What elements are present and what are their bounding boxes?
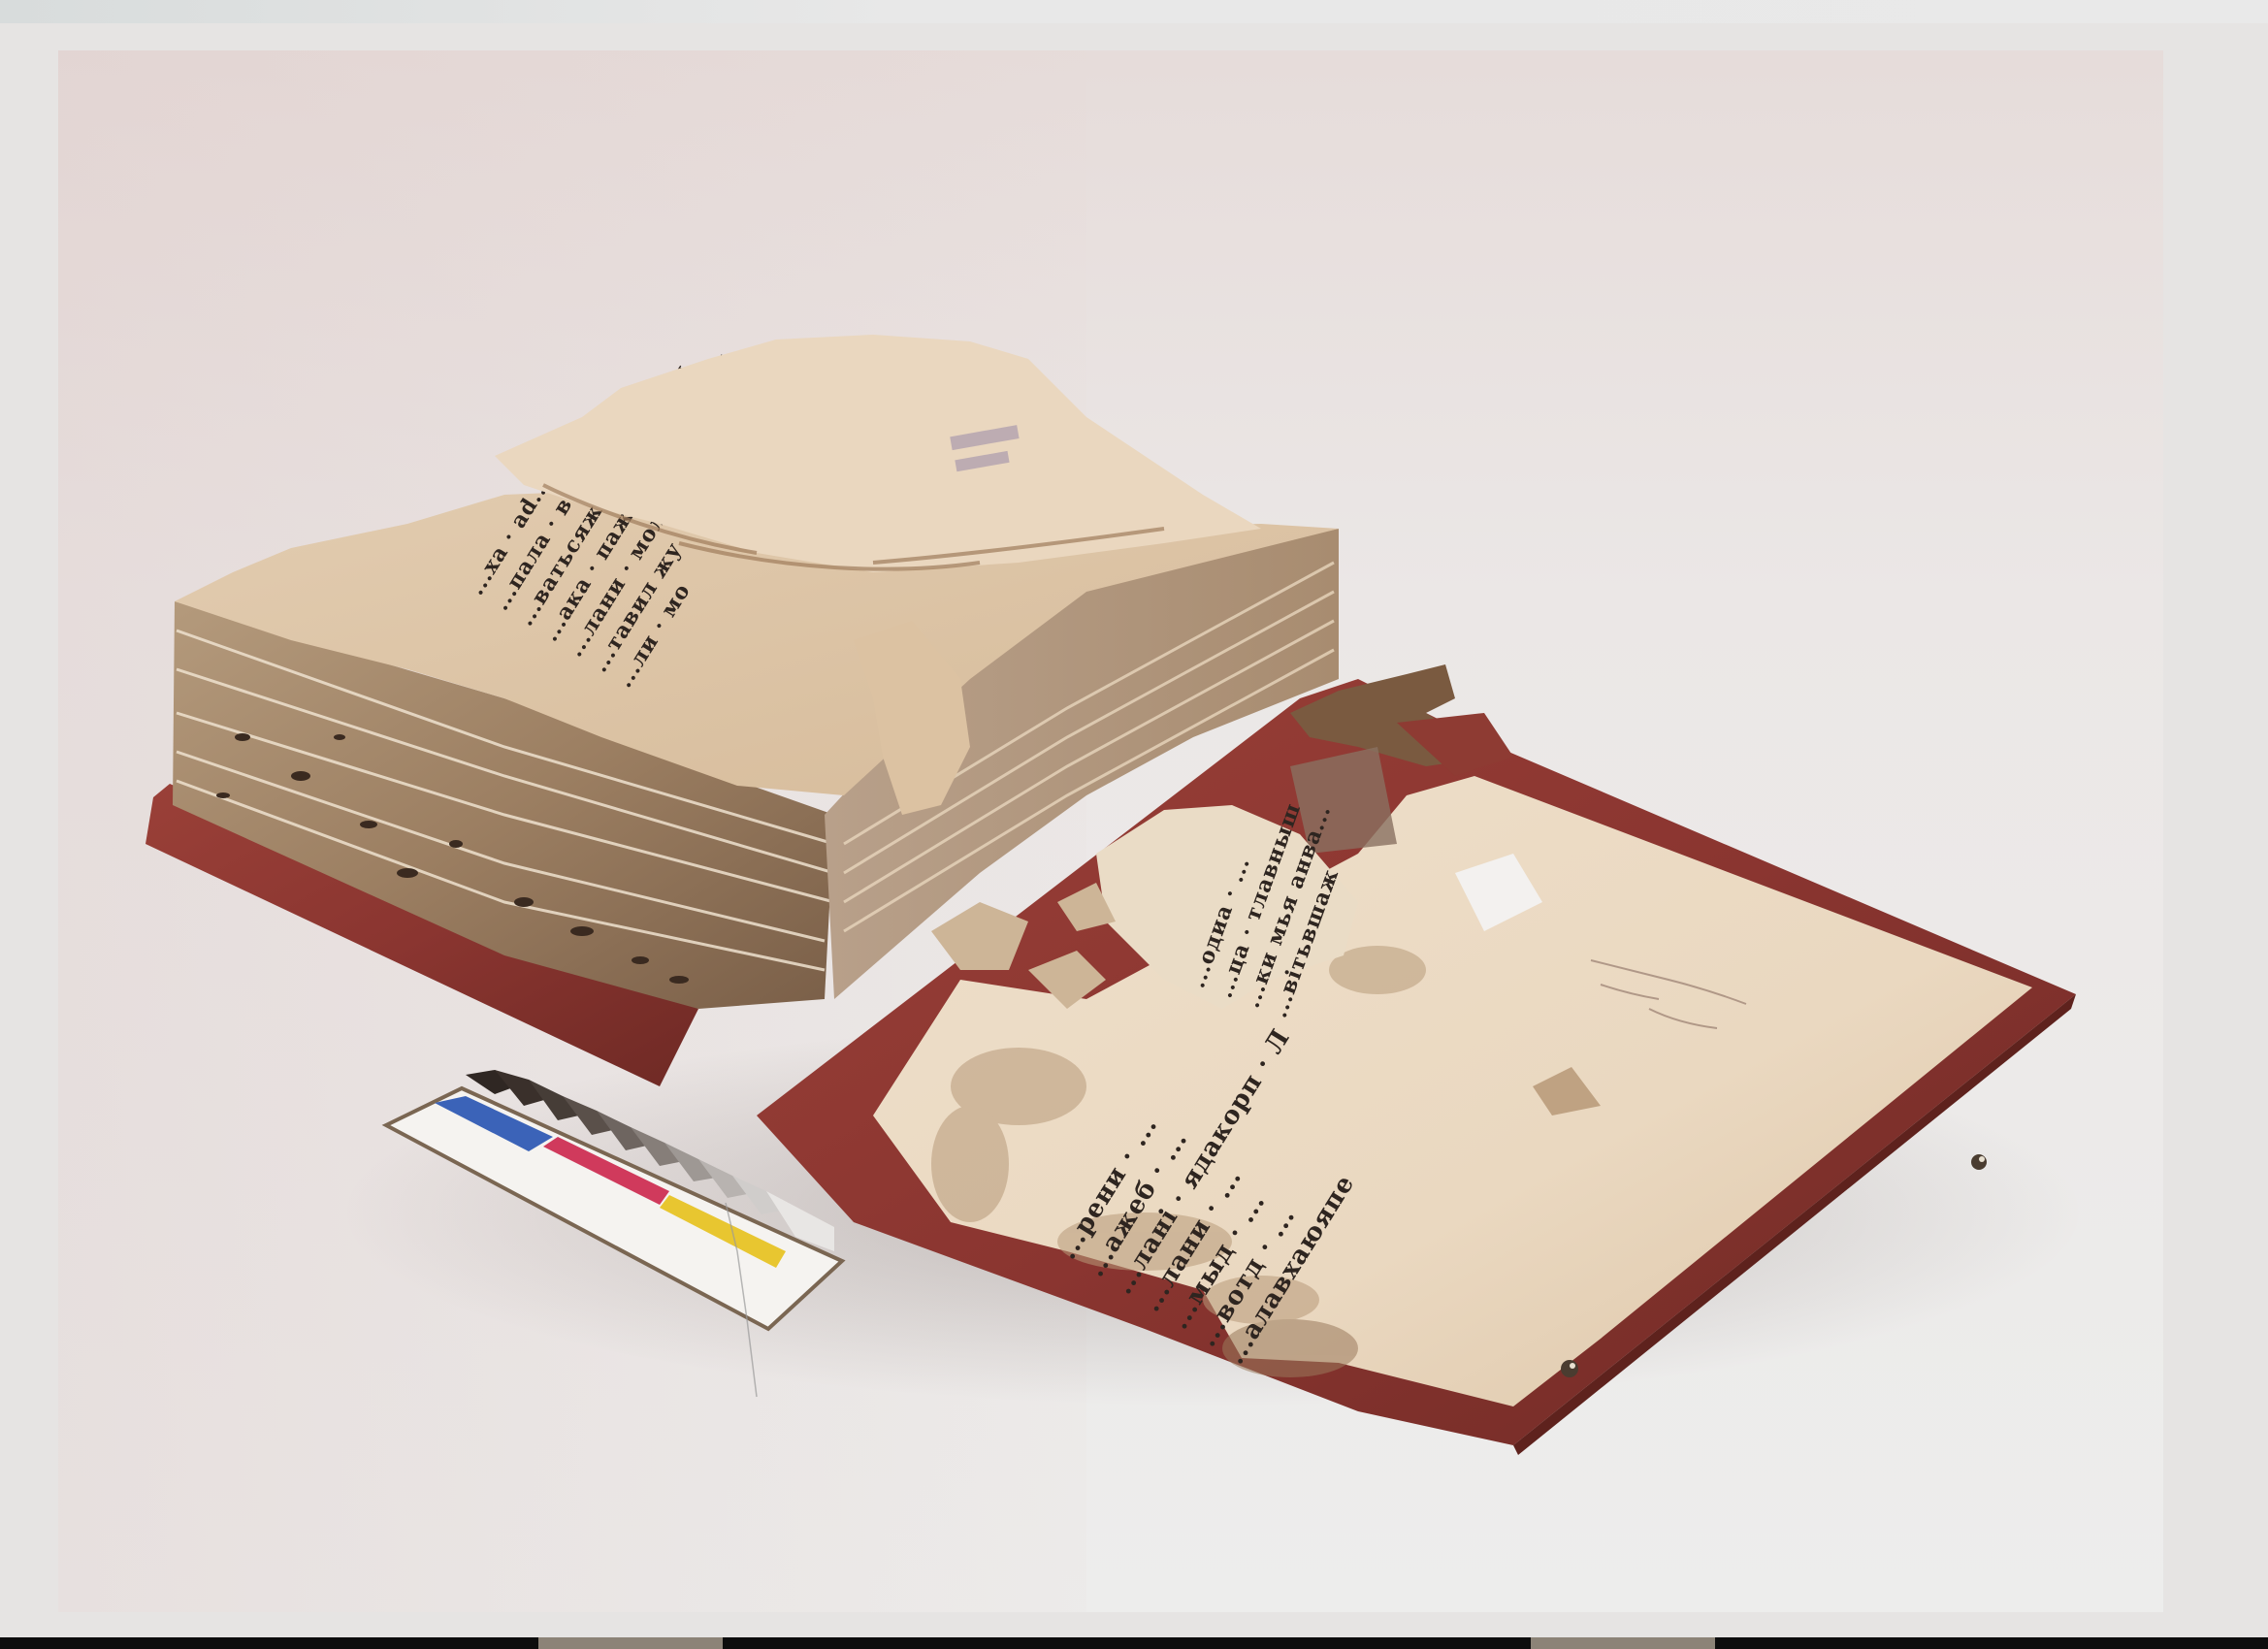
scanner-tab-right [1531, 1637, 1715, 1649]
scanner-tab-left [538, 1637, 723, 1649]
book-photograph: ...рени · ... ...ажеб · ... ...лані · яд… [0, 0, 2268, 1649]
scan-bottom-edge [0, 1637, 2268, 1649]
